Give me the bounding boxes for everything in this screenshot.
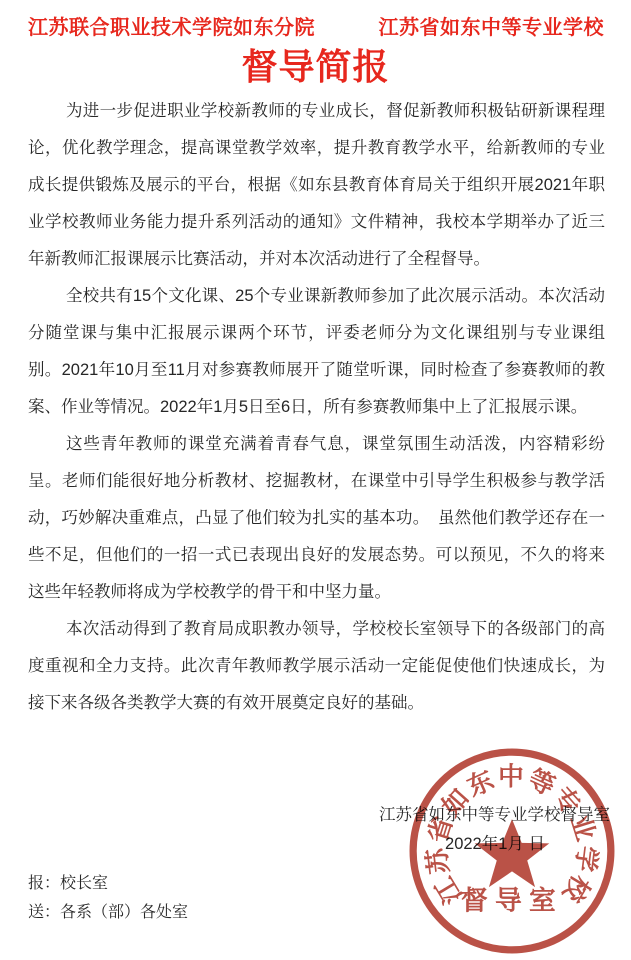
signature-org: 江苏省如东中等专业学校督导室	[0, 801, 631, 830]
paragraph: 全校共有15个文化课、25个专业课新教师参加了此次展示活动。本次活动分随堂课与集…	[28, 278, 605, 426]
signature-date: 2022年1月 日	[0, 830, 631, 859]
distribution-footer: 报：校长室 送：各系（部）各处室	[28, 869, 188, 927]
footer-send-line: 送：各系（部）各处室	[28, 898, 188, 927]
paragraph: 这些青年教师的课堂充满着青春气息，课堂氛围生动活泼，内容精彩纷呈。老师们能很好地…	[28, 426, 605, 611]
doc-header: 江苏联合职业技术学院如东分院 江苏省如东中等专业学校	[0, 0, 631, 40]
doc-body: 为进一步促进职业学校新教师的专业成长，督促新教师积极钻研新课程理论，优化教学理念…	[28, 93, 605, 722]
org-name-right: 江苏省如东中等专业学校	[379, 16, 605, 40]
org-name-left: 江苏联合职业技术学院如东分院	[28, 16, 315, 40]
doc-title: 督导简报	[0, 46, 631, 88]
paragraph: 为进一步促进职业学校新教师的专业成长，督促新教师积极钻研新课程理论，优化教学理念…	[28, 93, 605, 278]
paragraph: 本次活动得到了教育局成职教办领导，学校校长室领导下的各级部门的高度重视和全力支持…	[28, 611, 605, 722]
footer-report-line: 报：校长室	[28, 869, 188, 898]
seal-bottom-text: 督导室	[461, 886, 563, 916]
signature-block: 江苏省如东中等专业学校督导室 2022年1月 日	[0, 801, 631, 859]
document-page: 江苏联合职业技术学院如东分院 江苏省如东中等专业学校 督导简报 为进一步促进职业…	[0, 0, 631, 960]
